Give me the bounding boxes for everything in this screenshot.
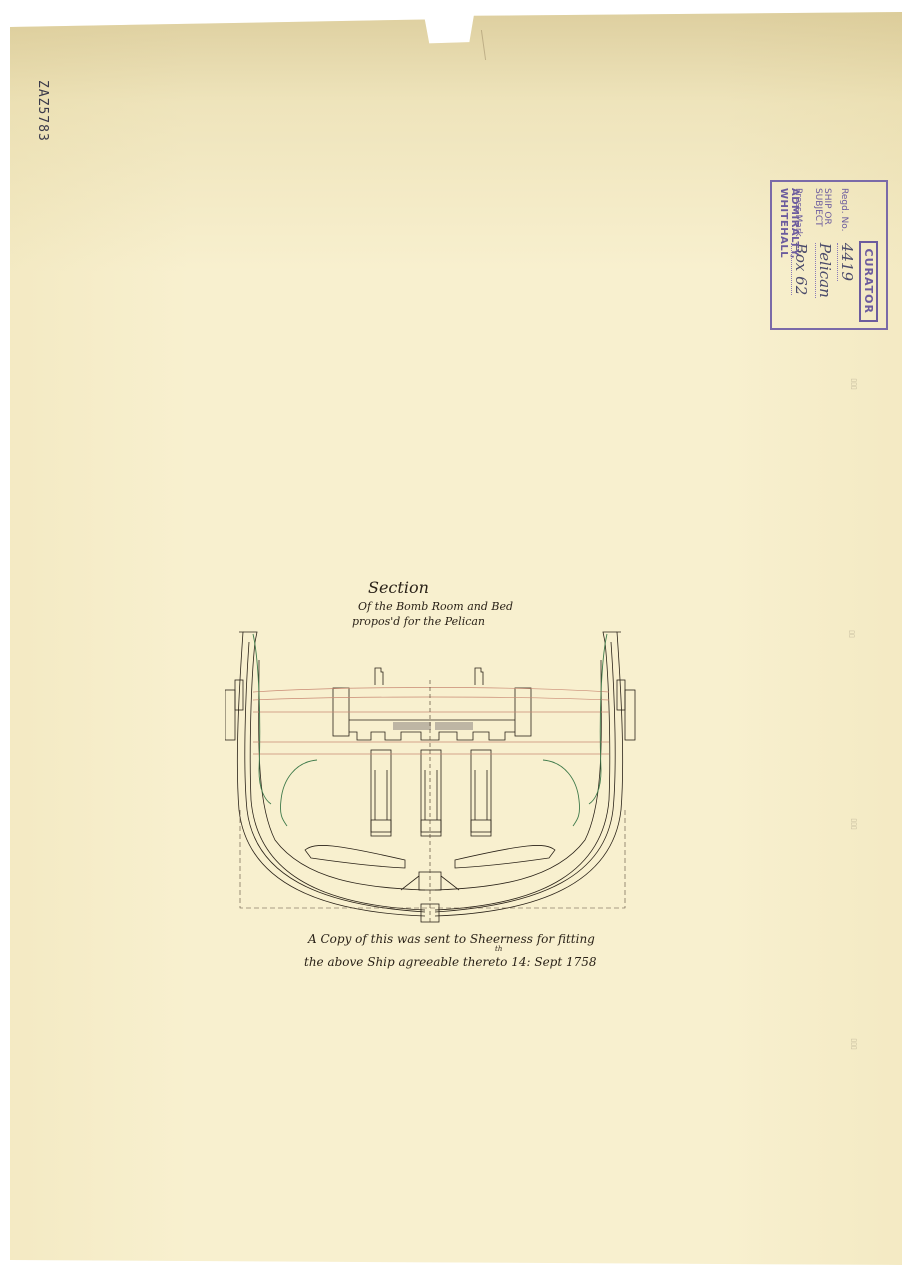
margin-mark: ▯▯▯ <box>850 818 858 830</box>
margin-mark: ▯▯▯ <box>850 378 858 390</box>
hull-section-drawing <box>225 620 645 930</box>
note-superscript: th <box>495 945 502 953</box>
drawing-title: Section <box>368 578 429 597</box>
note-line2: the above Ship agreeable thereto 14: Sep… <box>304 955 597 969</box>
stamp-value: 4419 <box>837 243 856 281</box>
stamp-row-regd: Regd. No. 4419 <box>838 188 856 281</box>
margin-mark: ▯▯▯ <box>850 1038 858 1050</box>
stamp-footer: ADMIRALTY, WHITEHALL <box>778 188 800 328</box>
margin-mark: ▯▯ <box>848 630 856 638</box>
stamp-row-ship: SHIP OR SUBJECT Pelican <box>814 188 835 298</box>
curator-stamp: CURATOR Regd. No. 4419 SHIP OR SUBJECT P… <box>770 180 888 330</box>
stamp-value: Pelican <box>815 243 834 298</box>
stamp-label: SHIP OR SUBJECT <box>814 188 832 240</box>
stamp-header: CURATOR <box>859 241 878 322</box>
catalog-number: ZAZ5783 <box>35 80 50 142</box>
note-line1: A Copy of this was sent to Sheerness for… <box>308 932 595 946</box>
stamp-label: Regd. No. <box>839 188 849 240</box>
drawing-subtitle-line1: Of the Bomb Room and Bed <box>358 600 513 613</box>
